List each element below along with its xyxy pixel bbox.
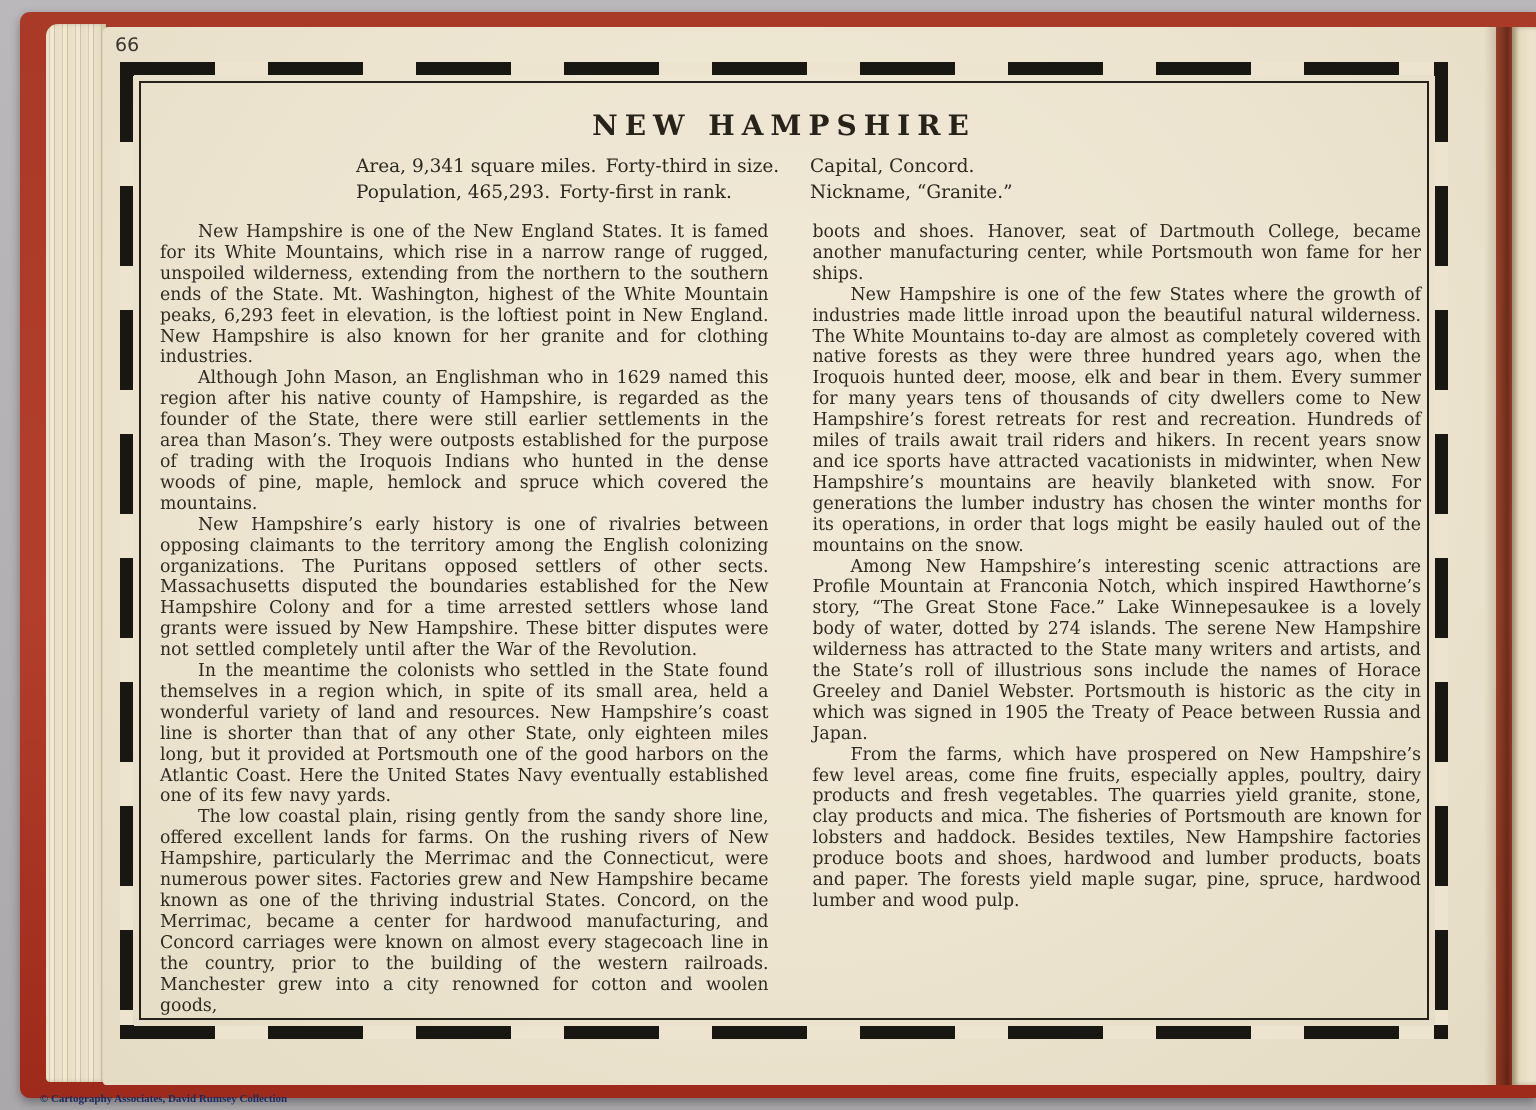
body-paragraph: New Hampshire is one of the New England … [160,222,769,368]
border-corner [1434,1025,1448,1039]
body-paragraph: boots and shoes. Hanover, seat of Dartmo… [813,222,1422,285]
page-number: 66 [115,34,139,56]
right-column: boots and shoes. Hanover, seat of Dartmo… [813,222,1422,1016]
border-corner [120,1025,134,1039]
border-corner [120,62,134,76]
left-column: New Hampshire is one of the New England … [160,222,769,1016]
stat-nickname: Nickname, “Granite.” [810,180,1427,206]
border-band-left [120,62,133,1039]
state-stats: Area, 9,341 square miles. Forty-third in… [141,154,1427,206]
stats-right: Capital, Concord. Nickname, “Granite.” [784,154,1427,206]
state-title: NEW HAMPSHIRE [141,109,1427,142]
book-page: 66 NEW HAMPSHIRE Area, 9,341 square mile… [103,27,1496,1085]
stats-left: Area, 9,341 square miles. Forty-third in… [141,154,784,206]
body-paragraph: In the meantime the colonists who settle… [160,661,769,807]
page-content: NEW HAMPSHIRE Area, 9,341 square miles. … [141,83,1427,1018]
page-edge-stack [46,24,106,1082]
body-paragraph: Although John Mason, an Englishman who i… [160,368,769,514]
border-band-right [1435,62,1448,1039]
border-band-top [120,62,1448,75]
body-paragraph: New Hampshire is one of the few States w… [813,285,1422,557]
body-columns: New Hampshire is one of the New England … [141,206,1427,1016]
body-paragraph: New Hampshire’s early history is one of … [160,515,769,661]
stat-population: Population, 465,293. Forty-first in rank… [356,180,784,206]
decorative-border: NEW HAMPSHIRE Area, 9,341 square miles. … [120,62,1448,1039]
border-corner [1434,62,1448,76]
body-paragraph: The low coastal plain, rising gently fro… [160,807,769,1016]
book-gutter-shadow [1484,27,1514,1085]
adjacent-page-edge [1512,27,1536,1085]
footer-credit: © Cartography Associates, David Rumsey C… [40,1093,287,1105]
stat-area: Area, 9,341 square miles. Forty-third in… [356,154,784,180]
scanned-book-page-scene: 66 NEW HAMPSHIRE Area, 9,341 square mile… [0,0,1536,1110]
body-paragraph: Among New Hampshire’s interesting scenic… [813,557,1422,745]
border-band-bottom [120,1026,1448,1039]
body-paragraph: From the farms, which have prospered on … [813,745,1422,912]
stat-capital: Capital, Concord. [810,154,1427,180]
